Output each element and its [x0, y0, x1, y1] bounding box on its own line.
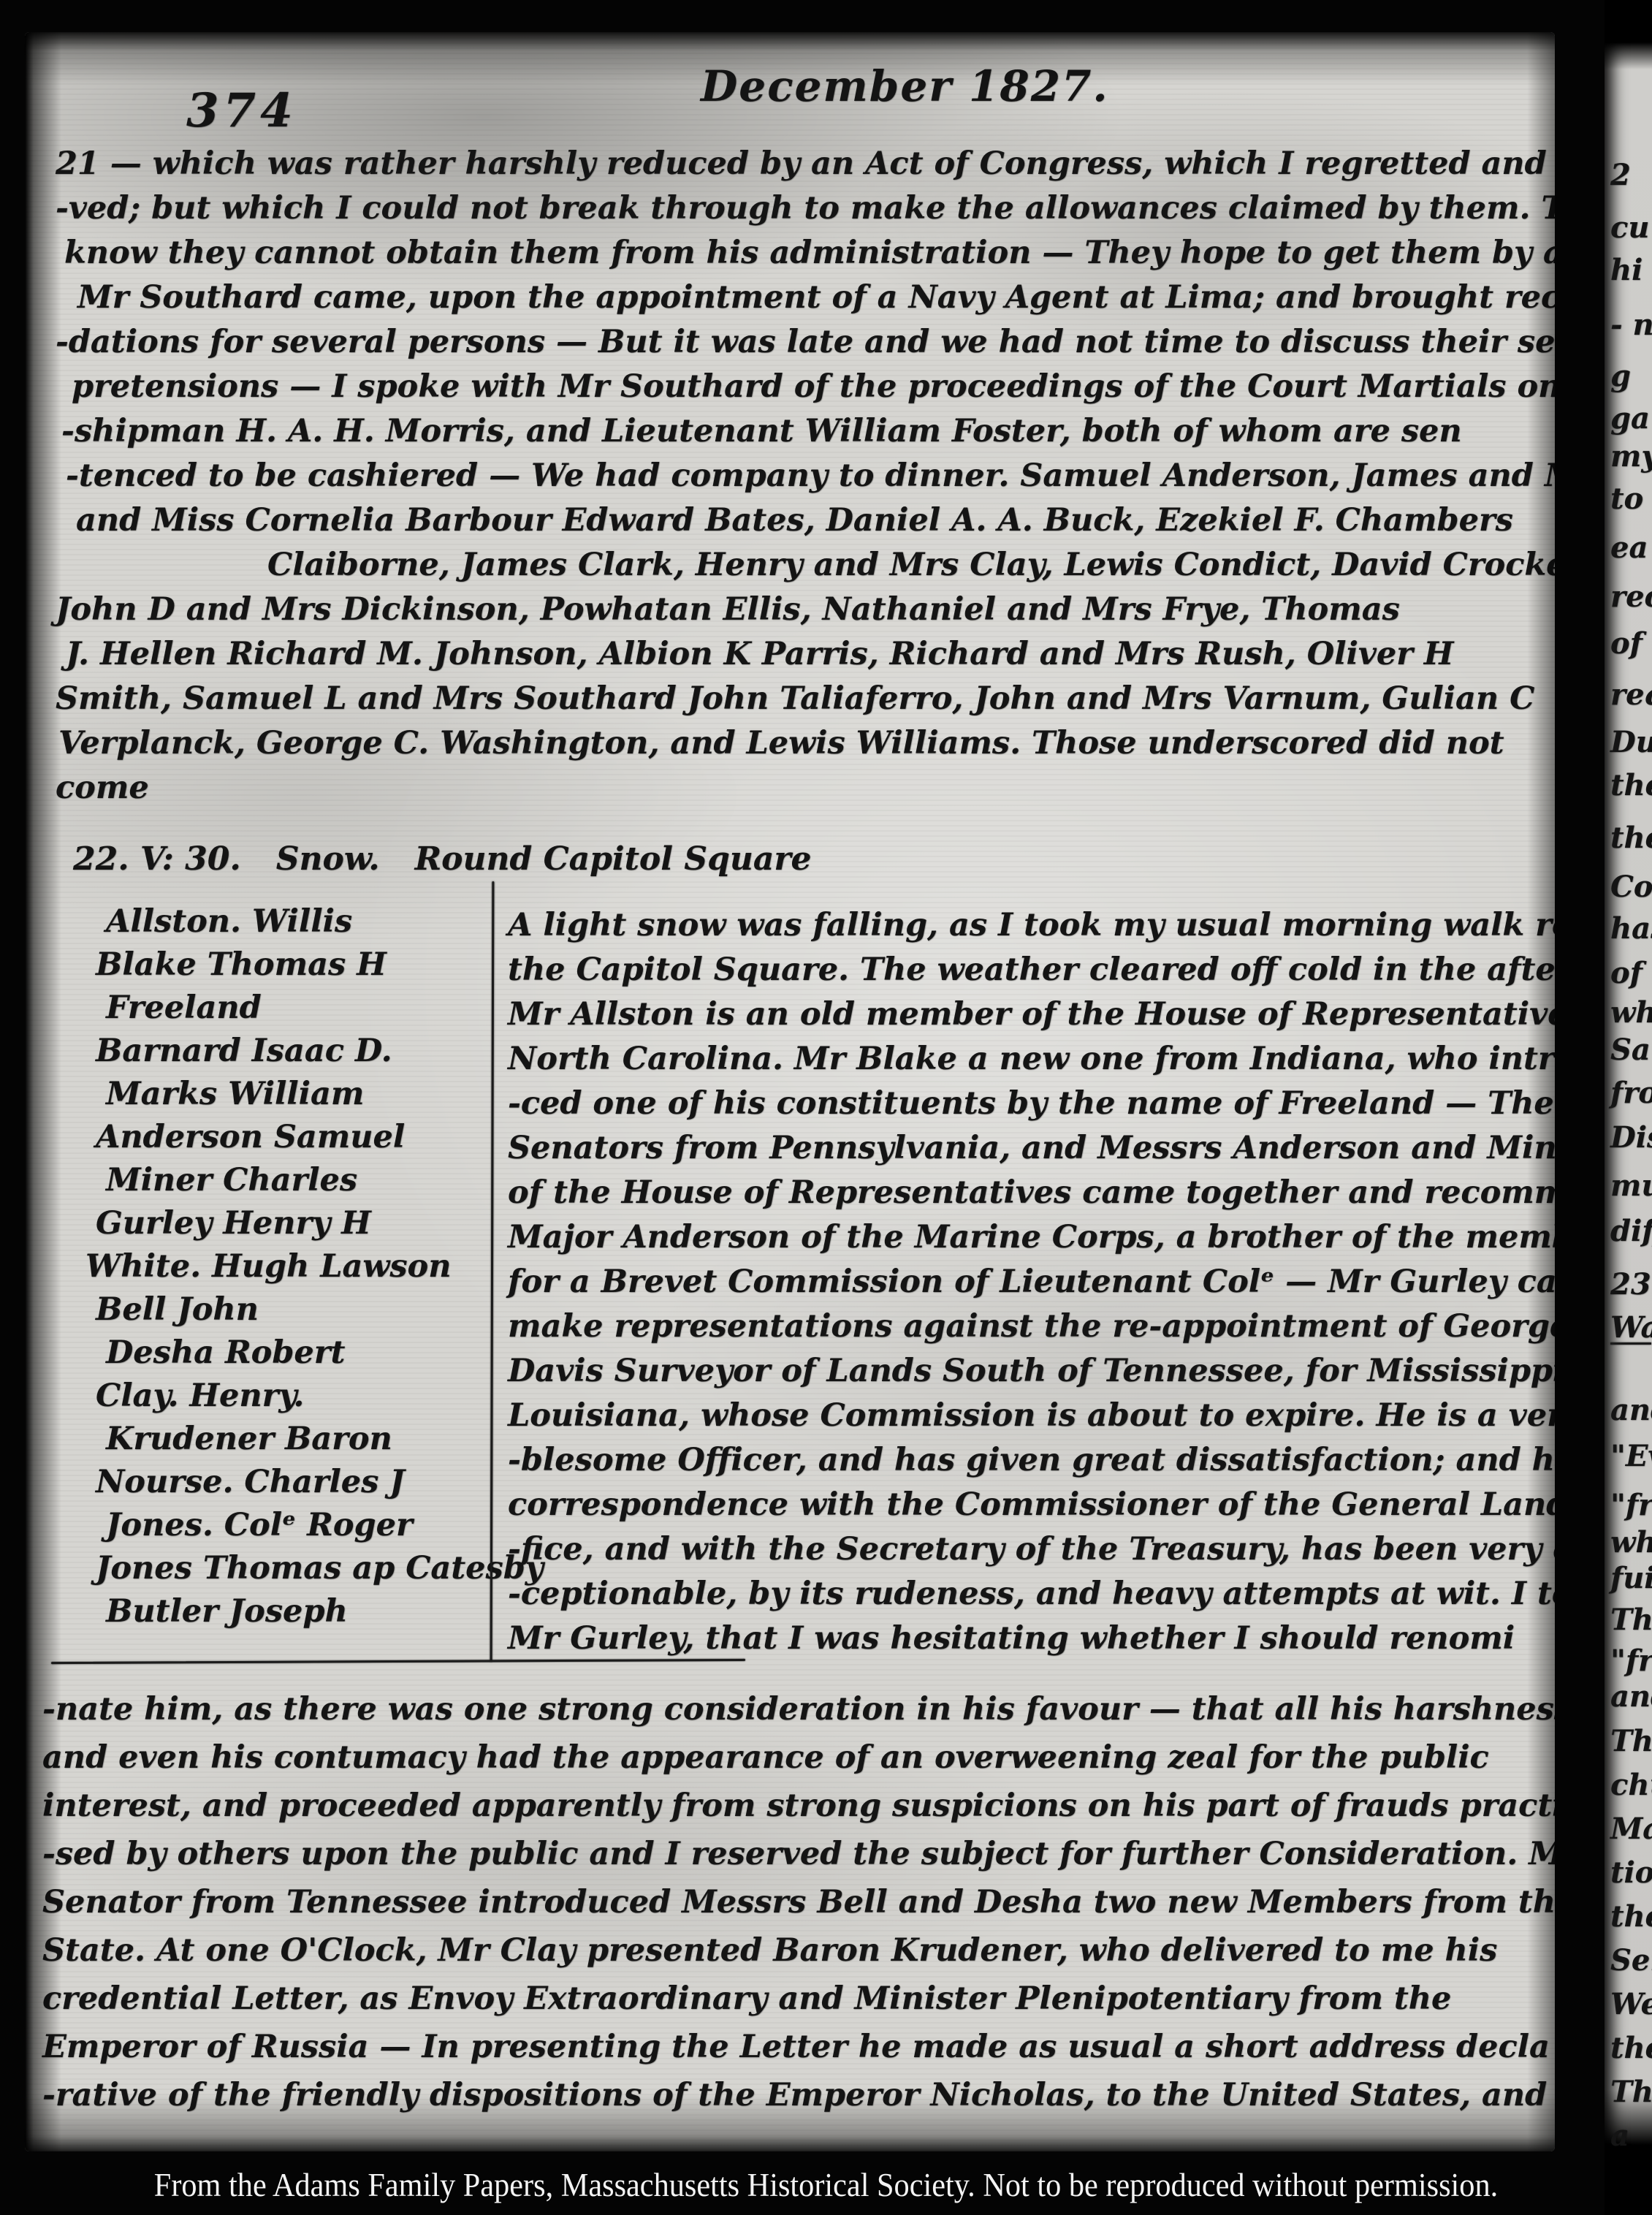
text-fragment: whi — [1610, 1524, 1652, 1561]
list-name: Bell John — [77, 1288, 486, 1331]
text-fragment: The — [1610, 1723, 1652, 1760]
manuscript-line: pretensions — I spoke with Mr Southard o… — [56, 365, 1524, 409]
month-header: December 1827. — [701, 61, 1109, 111]
text-fragment: whi — [1610, 995, 1652, 1031]
list-name: Gurley Henry H — [77, 1202, 486, 1245]
manuscript-line: North Carolina. Mr Blake a new one from … — [508, 1037, 1553, 1082]
list-name: White. Hugh Lawson — [77, 1245, 486, 1288]
entry-22-heading: 22. V: 30. Snow. Round Capitol Square — [73, 840, 812, 878]
manuscript-line: make representations against the re-appo… — [508, 1304, 1553, 1349]
text-fragment: to — [1610, 481, 1643, 517]
text-fragment: Tho — [1610, 1602, 1652, 1638]
manuscript-line: and even his contumacy had the appearanc… — [42, 1733, 1540, 1782]
manuscript-line: -rative of the friendly dispositions of … — [42, 2071, 1540, 2119]
manuscript-line: correspondence with the Commissioner of … — [508, 1483, 1553, 1527]
text-fragment: fro — [1610, 1075, 1652, 1112]
list-name: Blake Thomas H — [77, 943, 486, 987]
manuscript-line: 21 — which was rather harshly reduced by… — [56, 142, 1524, 186]
manuscript-line: -blesome Officer, and has given great di… — [508, 1438, 1553, 1483]
text-fragment: Col — [1610, 869, 1652, 905]
manuscript-line: -tenced to be cashiered — We had company… — [56, 454, 1524, 498]
manuscript-line: Claiborne, James Clark, Henry and Mrs Cl… — [56, 543, 1524, 588]
text-fragment: - n — [1610, 307, 1652, 343]
text-fragment: and — [1610, 1392, 1652, 1429]
manuscript-line: credential Letter, as Envoy Extraordinar… — [42, 1975, 1540, 2023]
text-fragment: cu — [1610, 210, 1649, 246]
manuscript-line: -ced one of his constituents by the name… — [508, 1082, 1553, 1126]
text-fragment: req — [1610, 677, 1652, 713]
list-name: Clay. Henry. — [77, 1375, 486, 1418]
text-fragment: 23. — [1610, 1266, 1652, 1303]
manuscript-line: Smith, Samuel L and Mrs Southard John Ta… — [56, 677, 1524, 721]
text-fragment: rec — [1610, 579, 1652, 615]
manuscript-line: John D and Mrs Dickinson, Powhatan Ellis… — [56, 588, 1524, 632]
entry-22-weather: Snow. — [276, 840, 380, 878]
text-fragment: Wa — [1610, 1310, 1652, 1346]
manuscript-line: Davis Surveyor of Lands South of Tenness… — [508, 1349, 1553, 1394]
text-fragment: Sa — [1610, 1032, 1651, 1068]
text-fragment: Ma — [1610, 1811, 1652, 1847]
manuscript-line: for a Brevet Commission of Lieutenant Co… — [508, 1260, 1553, 1304]
manuscript-line: State. At one O'Clock, Mr Clay presented… — [42, 1926, 1540, 1975]
list-name: Anderson Samuel — [77, 1116, 486, 1159]
manuscript-line: -fice, and with the Secretary of the Tre… — [508, 1527, 1553, 1572]
manuscript-line: -shipman H. A. H. Morris, and Lieutenant… — [56, 409, 1524, 454]
closing-paragraph: -nate him, as there was one strong consi… — [42, 1685, 1540, 2119]
manuscript-line: -nate him, as there was one strong consi… — [42, 1685, 1540, 1733]
text-fragment: hi — [1610, 252, 1643, 289]
list-name: Krudener Baron — [77, 1418, 486, 1461]
manuscript-line: -dations for several persons — But it wa… — [56, 320, 1524, 365]
text-fragment: "Eve — [1610, 1438, 1652, 1475]
manuscript-page: 374 December 1827. 21 — which was rather… — [25, 32, 1555, 2151]
adjacent-page-rule — [1610, 1342, 1651, 1345]
text-fragment: 2 — [1610, 157, 1631, 194]
manuscript-line: Major Anderson of the Marine Corps, a br… — [508, 1215, 1553, 1260]
list-name: Desha Robert — [77, 1331, 486, 1375]
attribution-caption: From the Adams Family Papers, Massachuse… — [50, 2162, 1602, 2208]
manuscript-line: Mr Gurley, that I was hesitating whether… — [508, 1616, 1553, 1661]
column-divider-line — [490, 881, 495, 1662]
text-fragment: the — [1610, 820, 1652, 856]
text-fragment: my — [1610, 438, 1652, 475]
manuscript-line: interest, and proceeded apparently from … — [42, 1782, 1540, 1830]
text-fragment: fui — [1610, 1560, 1652, 1597]
list-name: Jones Thomas ap Catesby — [77, 1547, 486, 1590]
text-fragment: the — [1610, 1899, 1652, 1935]
manuscript-line: -ceptionable, by its rudeness, and heavy… — [508, 1572, 1553, 1616]
manuscript-line: Mr Allston is an old member of the House… — [508, 992, 1553, 1037]
text-fragment: and — [1610, 1679, 1652, 1715]
text-fragment: g — [1610, 358, 1631, 395]
scan-background: 374 December 1827. 21 — which was rather… — [0, 0, 1652, 2215]
list-name: Allston. Willis — [77, 900, 486, 943]
list-name: Miner Charles — [77, 1159, 486, 1202]
entry-21-paragraph: 21 — which was rather harshly reduced by… — [56, 142, 1524, 810]
manuscript-line: of the House of Representatives came tog… — [508, 1171, 1553, 1215]
text-fragment: ea — [1610, 530, 1648, 566]
text-fragment: of l — [1610, 626, 1652, 662]
manuscript-line: J. Hellen Richard M. Johnson, Albion K P… — [56, 632, 1524, 677]
manuscript-line: and Miss Cornelia Barbour Edward Bates, … — [56, 498, 1524, 543]
text-fragment: of V — [1610, 955, 1652, 992]
text-fragment: Dis — [1610, 1120, 1652, 1156]
text-fragment: has — [1610, 911, 1652, 947]
manuscript-line: -ved; but which I could not break throug… — [56, 186, 1524, 231]
adjacent-page-edge: 2cuhi- nggamytoearecof lreqDuthetheColha… — [1605, 0, 1652, 2215]
list-name: Barnard Isaac D. — [77, 1030, 486, 1073]
text-fragment: the — [1610, 2030, 1652, 2067]
manuscript-line: A light snow was falling, as I took my u… — [508, 903, 1553, 948]
list-name: Nourse. Charles J — [77, 1461, 486, 1504]
text-fragment: diff — [1610, 1213, 1652, 1250]
entry-22-paragraph: A light snow was falling, as I took my u… — [508, 903, 1553, 1661]
list-name: Marks William — [77, 1073, 486, 1116]
text-fragment: Du — [1610, 724, 1652, 761]
text-fragment: mu — [1610, 1168, 1652, 1204]
entry-22-place: Round Capitol Square — [415, 840, 812, 878]
text-fragment: "fri — [1610, 1487, 1652, 1524]
manuscript-line: Louisiana, whose Commission is about to … — [508, 1394, 1553, 1438]
entry-22-date: 22. V: 30. — [73, 840, 241, 878]
list-name: Butler Joseph — [77, 1590, 486, 1633]
manuscript-line: Emperor of Russia — In presenting the Le… — [42, 2023, 1540, 2071]
manuscript-line: Senator from Tennessee introduced Messrs… — [42, 1878, 1540, 1926]
list-name: Jones. Colᵉ Roger — [77, 1504, 486, 1547]
text-fragment: Th — [1610, 2074, 1652, 2110]
manuscript-line: the Capitol Square. The weather cleared … — [508, 948, 1553, 992]
manuscript-line: Verplanck, George C. Washington, and Lew… — [56, 721, 1524, 766]
manuscript-line: Senators from Pennsylvania, and Messrs A… — [508, 1126, 1553, 1171]
text-fragment: tion — [1610, 1855, 1652, 1891]
guest-name-list: Allston. WillisBlake Thomas HFreelandBar… — [77, 900, 486, 1633]
text-fragment: ga — [1610, 400, 1650, 437]
text-fragment: Web — [1610, 1986, 1652, 2023]
text-fragment: Sen — [1610, 1942, 1652, 1979]
text-fragment: the — [1610, 767, 1652, 804]
page-number: 374 — [186, 83, 297, 138]
list-name: Freeland — [77, 987, 486, 1030]
text-fragment: chu — [1610, 1767, 1652, 1804]
text-fragment: a — [1610, 2118, 1629, 2154]
text-fragment: "fri — [1610, 1643, 1652, 1679]
manuscript-line: Mr Southard came, upon the appointment o… — [56, 276, 1524, 320]
manuscript-line: know they cannot obtain them from his ad… — [56, 231, 1524, 276]
manuscript-line: come — [56, 766, 1524, 810]
manuscript-line: -sed by others upon the public and I res… — [42, 1830, 1540, 1878]
